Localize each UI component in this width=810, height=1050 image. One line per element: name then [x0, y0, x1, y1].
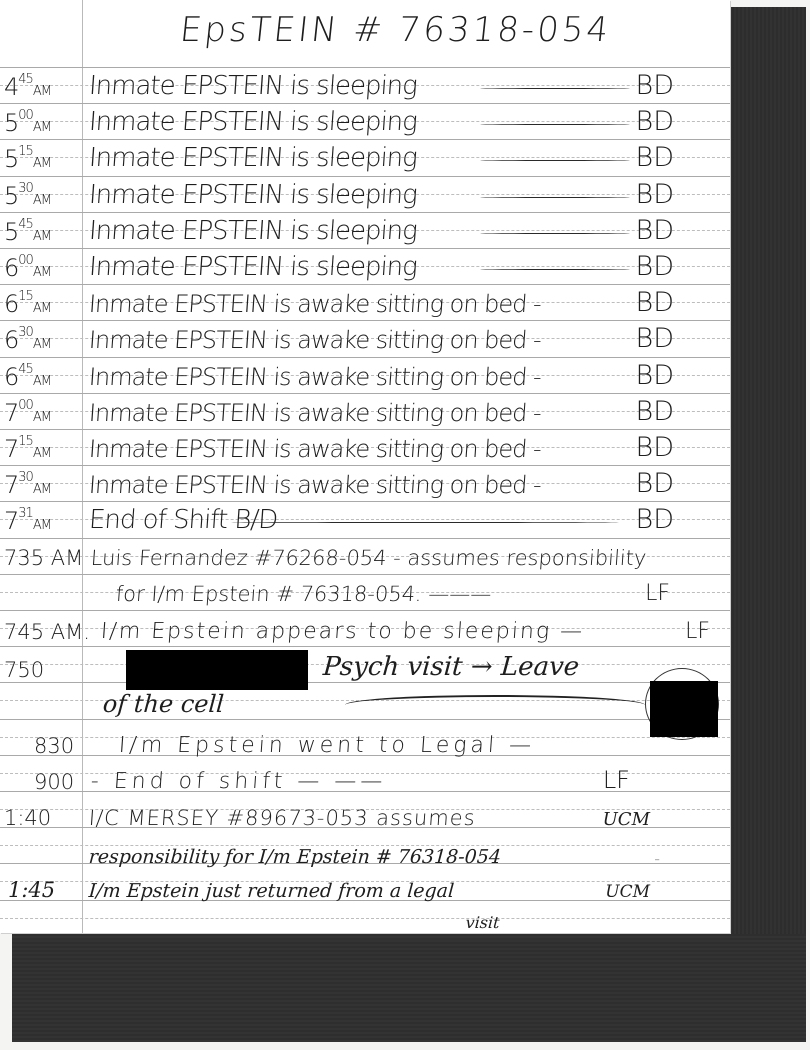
entry-text: Inmate EPSTEIN is sleeping [88, 107, 418, 137]
entry-text: responsibility for I/m Epstein # 76318-0… [88, 846, 502, 868]
entry-initials: BD [636, 215, 674, 246]
pen-stroke [480, 124, 630, 125]
entry-initials: BD [636, 251, 674, 282]
entry-text: Inmate EPSTEIN is sleeping [88, 143, 418, 173]
entry-initials: BD [636, 468, 674, 499]
log-entry: 700AMInmate EPSTEIN is awake sitting on … [0, 393, 730, 429]
entry-text: Inmate EPSTEIN is sleeping [88, 71, 418, 101]
entry-time: 900 [34, 770, 74, 794]
entry-text: Inmate EPSTEIN is awake sitting on bed - [88, 326, 542, 354]
log-entry: 545AMInmate EPSTEIN is sleepingBD [0, 212, 730, 248]
entry-initials: BD [636, 179, 674, 210]
log-entry: 750 Psych visit → Leave [0, 648, 730, 684]
entry-time: 530AM [4, 181, 51, 210]
entry-text: Inmate EPSTEIN is awake sitting on bed - [88, 399, 542, 427]
entry-time: 545AM [4, 217, 51, 246]
log-entry: 830 I/m Epstein went to Legal — [0, 724, 730, 760]
entry-text: visit [465, 913, 500, 932]
pen-stroke [480, 197, 630, 198]
log-entry: 731AMEnd of Shift B/DBD [0, 501, 730, 537]
entry-time: 830 [34, 734, 74, 758]
entry-initials: BD [636, 396, 674, 427]
page-header: EpsTEIN # 76318-054 [178, 10, 613, 50]
entry-time: 445AM [4, 72, 51, 101]
entry-text: - End of shift — —— [90, 769, 387, 794]
pen-stroke [480, 233, 630, 234]
entry-time: 730AM [4, 470, 51, 499]
entry-time: 615AM [4, 289, 51, 318]
entry-time: 715AM [4, 434, 51, 463]
log-entry: 900 - End of shift — —— LF [0, 760, 730, 796]
log-entry: 615AMInmate EPSTEIN is awake sitting on … [0, 284, 730, 320]
log-entry: 515AMInmate EPSTEIN is sleepingBD [0, 139, 730, 175]
log-entry: 1:40 I/C MERSEY #89673-053 assumes UCM [0, 796, 730, 832]
entry-text: of the cell [102, 690, 225, 718]
entry-initials: LF [685, 619, 710, 644]
entry-initials: BD [636, 106, 674, 137]
pen-stroke [345, 695, 645, 715]
entry-initials: BD [636, 504, 674, 535]
entry-time: 515AM [4, 144, 51, 173]
pen-stroke [230, 522, 620, 523]
log-page: EpsTEIN # 76318-054 445AMInmate EPSTEIN … [0, 0, 730, 933]
entry-text: Inmate EPSTEIN is awake sitting on bed - [88, 363, 542, 391]
log-entry: for I/m Epstein # 76318-054. ——— LF [0, 572, 730, 608]
log-entry: 645AMInmate EPSTEIN is awake sitting on … [0, 357, 730, 393]
entry-text: Inmate EPSTEIN is awake sitting on bed - [88, 290, 542, 318]
log-entry: 630AMInmate EPSTEIN is awake sitting on … [0, 320, 730, 356]
pen-stroke [480, 88, 630, 89]
entry-time: 750 [4, 658, 44, 682]
entry-time: 1:40 [4, 806, 51, 830]
entry-text: I/C MERSEY #89673-053 assumes [88, 806, 476, 830]
entry-initials: BD [636, 70, 674, 101]
scanner-background-bottom [12, 934, 806, 1042]
log-entry: 445AMInmate EPSTEIN is sleepingBD [0, 67, 730, 103]
pen-stroke [480, 269, 630, 270]
log-entry: 715AMInmate EPSTEIN is awake sitting on … [0, 429, 730, 465]
entry-time: 700AM [4, 398, 51, 427]
log-entry: 745 AM. I/m Epstein appears to be sleepi… [0, 610, 730, 646]
entry-initials: BD [636, 432, 674, 463]
entry-time: 600AM [4, 253, 51, 282]
log-entry: responsibility for I/m Epstein # 76318-0… [0, 834, 730, 870]
entry-text: Inmate EPSTEIN is sleeping [88, 216, 418, 246]
entry-text: Luis Fernandez #76268-054 - assumes resp… [90, 546, 647, 570]
scanner-background-right [730, 7, 806, 1042]
log-entry: 730AMInmate EPSTEIN is awake sitting on … [0, 465, 730, 501]
entry-time: 745 AM. [4, 620, 90, 644]
entry-text: for I/m Epstein # 76318-054. ——— [115, 582, 492, 606]
log-entry: 530AMInmate EPSTEIN is sleepingBD [0, 176, 730, 212]
entry-text: Psych visit → Leave [322, 652, 580, 682]
entry-initials: UCM [603, 809, 650, 830]
log-entry: visit [0, 898, 730, 934]
entry-text: I/m Epstein went to Legal — [118, 733, 536, 758]
entry-initials: LF [645, 581, 670, 606]
entry-text: I/m Epstein appears to be sleeping — [100, 619, 585, 644]
entry-time: 645AM [4, 362, 51, 391]
entry-time: 500AM [4, 108, 51, 137]
pen-stroke [480, 160, 630, 161]
entry-time: 731AM [4, 506, 51, 535]
entry-text: End of Shift B/D [88, 505, 278, 535]
entry-text: Inmate EPSTEIN is awake sitting on bed - [88, 471, 542, 499]
entry-initials: BD [636, 360, 674, 391]
entry-time: 630AM [4, 325, 51, 354]
entry-initials: - [654, 849, 660, 868]
log-entry: 500AMInmate EPSTEIN is sleepingBD [0, 103, 730, 139]
log-entry: 600AMInmate EPSTEIN is sleepingBD [0, 248, 730, 284]
entry-initials: BD [636, 142, 674, 173]
entry-text: Inmate EPSTEIN is sleeping [88, 180, 418, 210]
entry-initials: BD [636, 323, 674, 354]
entry-time: 735 AM [4, 546, 83, 570]
entry-initials: LF [603, 766, 630, 794]
log-entry: 735 AM Luis Fernandez #76268-054 - assum… [0, 536, 730, 572]
entry-text: Inmate EPSTEIN is awake sitting on bed - [88, 435, 542, 463]
entry-initials: BD [636, 287, 674, 318]
entry-text: Inmate EPSTEIN is sleeping [88, 252, 418, 282]
